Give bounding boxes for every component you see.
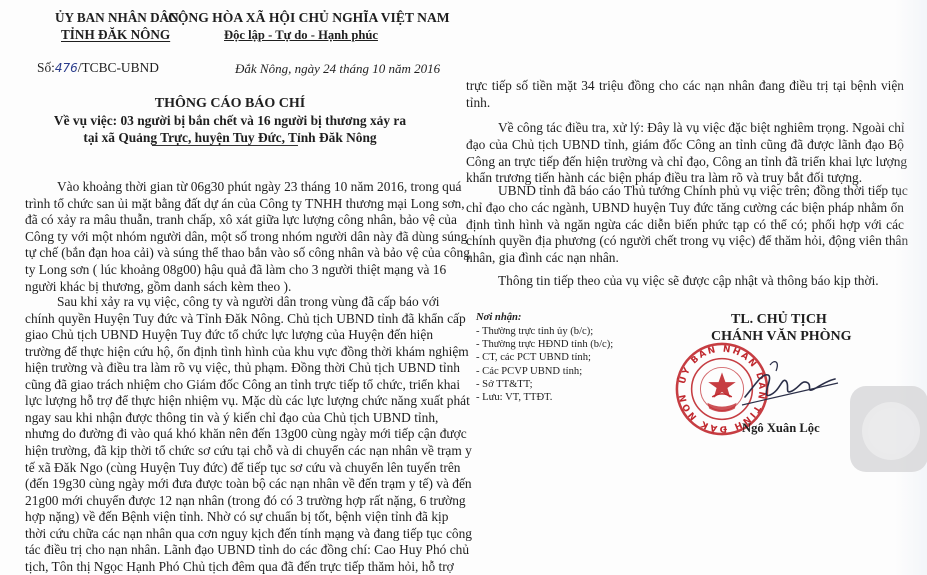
nation-motto-text: Độc lập - Tự do - Hạnh phúc — [224, 28, 378, 42]
assistive-touch-button[interactable] — [850, 386, 927, 472]
document-subtitle-1: Về vụ việc: 03 người bị bắn chết và 16 n… — [0, 113, 460, 129]
text-line: định tình hình và ngăn ngừa các diễn biế… — [466, 217, 904, 233]
nation-motto: Độc lập - Tự do - Hạnh phúc — [224, 28, 378, 43]
recipient-item: - Thường trực tỉnh ủy (b/c); — [476, 325, 593, 338]
text-line: tịch, Tôn thị Ngọc Hạnh Phó Chủ tịch đêm… — [25, 559, 454, 575]
text-line: hiện trường, đã kịp thời tổ chức sơ cứu … — [25, 443, 425, 459]
document-subtitle-2-text: tại xã Quảng Trực, huyện Tuy Đức, Tỉnh Đ… — [83, 130, 376, 145]
text-line: chính quyền địa phương (có người chết tr… — [466, 233, 904, 249]
text-line: Về công tác điều tra, xử lý: Đây là vụ v… — [498, 120, 904, 136]
text-line: Sau khi xảy ra vụ việc, công ty và người… — [57, 294, 425, 310]
text-line: ty Long sơn ( lúc khoảng 08g00) hậu quả … — [25, 262, 425, 278]
text-line: giao Chủ tịch UBND Huyện Tuy đức tổ chức… — [25, 327, 425, 343]
recipient-item: - Lưu: VT, TTĐT. — [476, 391, 552, 404]
doc-number-prefix: Số: — [37, 60, 55, 75]
text-line: đạo của Chủ tịch UBND tỉnh, giám đốc Côn… — [466, 137, 904, 153]
signer-title-1: TL. CHỦ TỊCH — [731, 312, 827, 328]
text-line: Thông tin tiếp theo của vụ việc sẽ được … — [498, 273, 879, 289]
press-release-document: ỦY BAN NHÂN DÂN TỈNH ĐĂK NÔNG CỘNG HÒA X… — [0, 0, 927, 575]
text-line: UBND tỉnh đã báo cáo Thủ tướng Chính phủ… — [498, 183, 904, 199]
place-date: Đắk Nông, ngày 24 tháng 10 năm 2016 — [235, 61, 440, 77]
recipient-item: - Sở TT&TT; — [476, 378, 533, 391]
recipient-item: - Thường trực HĐND tỉnh (b/c); — [476, 338, 613, 351]
doc-number-handwritten: 476 — [55, 61, 78, 75]
nation-name: CỘNG HÒA XÃ HỘI CHỦ NGHĨA VIỆT NAM — [168, 10, 450, 26]
text-line: 21g00 mới chuyển được 12 nạn nhân (trong… — [25, 493, 425, 509]
text-line: (đến 19g30 cùng ngày mới đưa được toàn b… — [25, 476, 425, 492]
text-line: tế xã Đăk Ngo (cùng Huyện Tuy đức) để ti… — [25, 460, 425, 476]
text-line: Vào khoảng thời gian từ 06g30 phút ngày … — [57, 179, 425, 195]
text-line: tự chế (bắn đạn hoa cải) và súng thể tha… — [25, 245, 425, 261]
text-line: trường để thực hiện cứu hộ, ổn định tình… — [25, 344, 425, 360]
text-line: Công ty với một nhóm người dân, một số t… — [25, 229, 425, 245]
signer-name: Ngô Xuân Lộc — [742, 421, 820, 436]
text-line: tỉnh. — [466, 95, 490, 111]
doc-number-suffix: /TCBC-UBND — [78, 60, 159, 75]
document-title: THÔNG CÁO BÁO CHÍ — [0, 96, 460, 112]
text-line: chính quyền Huyện Tuy đức và Tỉnh Đăk Nô… — [25, 311, 425, 327]
text-line: trực tiếp số tiền mặt 34 triệu đồng cho … — [466, 78, 904, 94]
text-line: nhân, gia đình các nạn nhân. — [466, 250, 619, 266]
document-number: Số:476/TCBC-UBND — [37, 60, 159, 76]
text-line: nhưng do đường đi vào quá khó khăn nên đ… — [25, 426, 425, 442]
handwritten-signature-icon — [740, 355, 840, 415]
text-line: chỉ đạo cho các ngành, UBND huyện Tuy đứ… — [466, 200, 904, 216]
text-line: đã có xảy ra mâu thuẫn, tranh chấp, xô x… — [25, 212, 425, 228]
agency-name: ỦY BAN NHÂN DÂN — [55, 10, 179, 26]
subtitle-underline — [152, 145, 298, 146]
recipients-heading: Nơi nhận: — [476, 311, 521, 324]
text-line: hiện trường và điều tra làm rõ vụ việc, … — [25, 360, 425, 376]
text-line: hợp nặng) về đến Bệnh viện tỉnh. Nhờ có … — [25, 509, 425, 525]
text-line: người khác bị thương, gồm danh sách kèm … — [25, 279, 291, 295]
recipient-item: - CT, các PCT UBND tỉnh; — [476, 351, 591, 364]
text-line: cũng đã giao trách nhiệm cho Giám đốc Cô… — [25, 377, 425, 393]
text-line: lực lượng hỗ trợ để thực hiện nhiệm vụ. … — [25, 393, 425, 409]
agency-province-text: TỈNH ĐĂK NÔNG — [61, 27, 170, 42]
text-line: thời cứu chữa các nạn nhân qua cơn nguy … — [25, 526, 425, 542]
text-line: ngay sau khi nhận được thông tin và ý ki… — [25, 410, 425, 426]
text-line: trình tổ chức san ủi mặt bằng đất dự án … — [25, 196, 425, 212]
page-edge-shadow — [895, 0, 927, 575]
text-line: tác điều trị cho nạn nhân. Lãnh đạo UBND… — [25, 542, 425, 558]
agency-province: TỈNH ĐĂK NÔNG — [61, 27, 170, 43]
recipient-item: - Các PCVP UBND tỉnh; — [476, 365, 582, 378]
document-subtitle-2: tại xã Quảng Trực, huyện Tuy Đức, Tỉnh Đ… — [0, 130, 460, 146]
text-line: Công an trực tiếp đến hiện trường và chỉ… — [466, 154, 904, 170]
assistive-touch-icon — [868, 408, 914, 454]
